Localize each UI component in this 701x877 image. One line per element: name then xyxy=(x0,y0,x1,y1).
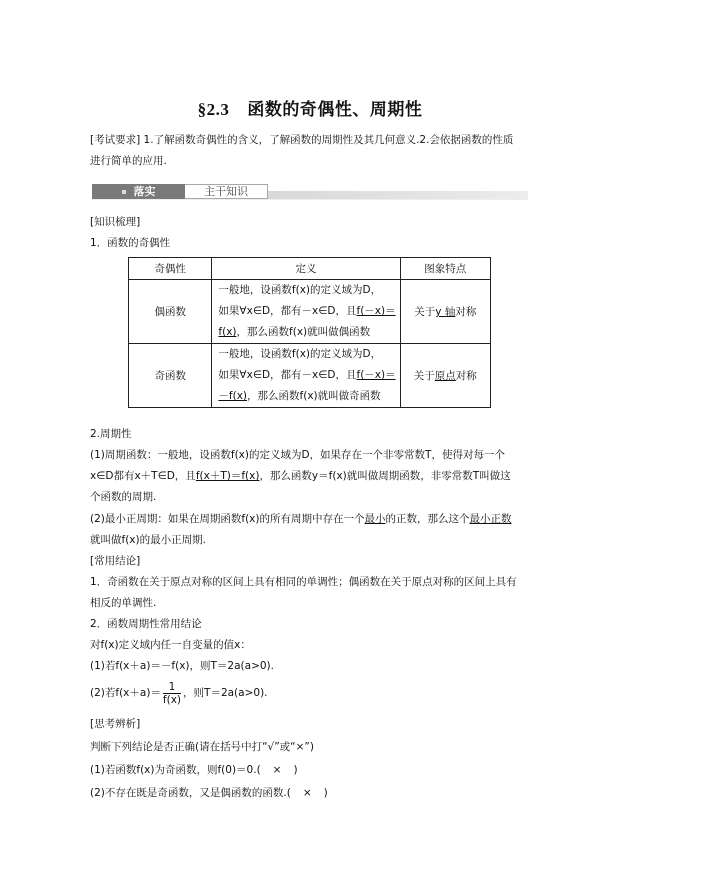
definition-line: 如果∀x∈D，都有－x∈D，且f(－x)＝ xyxy=(218,301,395,322)
bracket: ) xyxy=(324,787,328,799)
thinking-instruction: 判断下列结论是否正确(请在括号中打“√”或“×”) xyxy=(90,737,530,758)
banner-light-tab: 主干知识 xyxy=(185,184,268,199)
knowledge-label: [知识梳理] xyxy=(90,212,530,233)
section-2-heading: 2.周期性 xyxy=(90,424,530,445)
table-header: 图象特点 xyxy=(400,258,490,280)
conclusion-2-item-1: (1)若f(x＋a)＝－f(x)，则T＝2a(a>0). xyxy=(90,656,530,677)
definition-line: 如果∀x∈D，都有－x∈D，且f(－x)＝ xyxy=(218,365,395,386)
periodic-text: ，那么函数y＝f(x)就叫做周期函数，非零常数T叫做这 xyxy=(259,470,510,482)
definition-line: 一般地，设函数f(x)的定义域为D， xyxy=(218,344,395,365)
underlined-answer: f(x) xyxy=(218,326,236,338)
answer-mark: × xyxy=(303,787,312,799)
conclusions-label: [常用结论] xyxy=(90,551,530,572)
underlined-answer: －f(x) xyxy=(218,390,247,402)
section-number: §2.3 xyxy=(198,100,230,119)
question-text: (2)不存在既是奇函数，又是偶函数的函数.( xyxy=(90,787,291,799)
definition-line: －f(x)，那么函数f(x)就叫做奇函数 xyxy=(218,386,395,407)
conclusion-1-line-1: 1．奇函数在关于原点对称的区间上具有相同的单调性；偶函数在关于原点对称的区间上具… xyxy=(90,572,530,593)
underlined-answer: 最小正数 xyxy=(469,513,511,525)
conclusion-2-heading: 2．函数周期性常用结论 xyxy=(90,614,530,635)
min-period-line-2: 就叫做f(x)的最小正周期. xyxy=(90,530,530,551)
fraction-denominator: f(x) xyxy=(163,694,181,706)
definition-text: ，那么函数f(x)就叫做偶函数 xyxy=(237,326,371,338)
section-title: 函数的奇偶性、周期性 xyxy=(247,100,422,119)
underlined-answer: 原点 xyxy=(435,370,456,382)
banner-baseline xyxy=(92,199,528,200)
thinking-item: (1)若函数f(x)为奇函数，则f(0)＝0.(×) xyxy=(90,760,530,781)
periodic-line-2: x∈D都有x＋T∈D，且f(x＋T)＝f(x)，那么函数y＝f(x)就叫做周期函… xyxy=(90,466,530,487)
definition-line: 一般地，设函数f(x)的定义域为D， xyxy=(218,280,395,301)
parity-table: 奇偶性 定义 图象特点 偶函数 一般地，设函数f(x)的定义域为D， 如果∀x∈… xyxy=(128,257,491,408)
exam-requirements-label: [考试要求] xyxy=(90,134,140,146)
fraction-numerator: 1 xyxy=(163,681,181,694)
periodic-line-3: 个函数的周期. xyxy=(90,487,530,508)
table-row: 奇函数 一般地，设函数f(x)的定义域为D， 如果∀x∈D，都有－x∈D，且f(… xyxy=(129,344,491,408)
min-period-text: 的正数，那么这个 xyxy=(385,513,469,525)
section-banner: 落实 主干知识 xyxy=(92,184,528,200)
row-feature: 关于原点对称 xyxy=(400,344,490,408)
page-title: §2.3函数的奇偶性、周期性 xyxy=(0,95,620,120)
banner-dark-label: 落实 xyxy=(134,185,156,198)
square-bullet-icon xyxy=(122,190,126,194)
row-definition: 一般地，设函数f(x)的定义域为D， 如果∀x∈D，都有－x∈D，且f(－x)＝… xyxy=(212,344,400,408)
exam-requirements: [考试要求] 1.了解函数奇偶性的含义，了解函数的周期性及其几何意义.2.会依据… xyxy=(90,130,530,151)
answer-mark: × xyxy=(273,764,282,776)
exam-requirements-text: 1.了解函数奇偶性的含义，了解函数的周期性及其几何意义.2.会依据函数的性质 xyxy=(144,134,514,146)
feature-text: 关于 xyxy=(414,370,435,382)
table-header-row: 奇偶性 定义 图象特点 xyxy=(129,258,491,280)
question-text: (1)若函数f(x)为奇函数，则f(0)＝0.( xyxy=(90,764,261,776)
underlined-answer: 最小 xyxy=(364,513,385,525)
periodic-text: x∈D都有x＋T∈D，且 xyxy=(90,470,196,482)
min-period-line-1: (2)最小正周期：如果在周期函数f(x)的所有周期中存在一个最小的正数，那么这个… xyxy=(90,509,530,530)
exam-requirements-line2: 进行简单的应用. xyxy=(90,151,530,172)
feature-text: 对称 xyxy=(456,370,477,382)
feature-text: 关于 xyxy=(414,306,435,318)
thinking-label: [思考辨析] xyxy=(90,714,530,735)
definition-text: 如果∀x∈D，都有－x∈D，且 xyxy=(218,369,356,381)
bracket: ) xyxy=(293,764,297,776)
formula-text: (2)若f(x＋a)＝ xyxy=(90,687,161,699)
table-header: 奇偶性 xyxy=(129,258,212,280)
table-row: 偶函数 一般地，设函数f(x)的定义域为D， 如果∀x∈D，都有－x∈D，且f(… xyxy=(129,280,491,344)
banner-bar xyxy=(268,191,528,199)
conclusion-2-intro: 对f(x)定义域内任一自变量的值x： xyxy=(90,635,530,656)
definition-text: ，那么函数f(x)就叫做奇函数 xyxy=(247,390,381,402)
formula-text: ，则T＝2a(a>0). xyxy=(183,687,267,699)
row-feature: 关于y 轴对称 xyxy=(400,280,490,344)
row-name: 偶函数 xyxy=(129,280,212,344)
conclusion-1-line-2: 相反的单调性. xyxy=(90,593,530,614)
feature-text: 对称 xyxy=(455,306,476,318)
min-period-text: (2)最小正周期：如果在周期函数f(x)的所有周期中存在一个 xyxy=(90,513,364,525)
banner-dark-tab: 落实 xyxy=(92,184,185,199)
underlined-answer: f(x＋T)＝f(x) xyxy=(196,470,260,482)
table-header: 定义 xyxy=(212,258,400,280)
row-definition: 一般地，设函数f(x)的定义域为D， 如果∀x∈D，都有－x∈D，且f(－x)＝… xyxy=(212,280,400,344)
underlined-answer: f(－x)＝ xyxy=(357,305,396,317)
fraction: 1f(x) xyxy=(163,681,181,706)
periodic-line-1: (1)周期函数：一般地，设函数f(x)的定义域为D，如果存在一个非零常数T，使得… xyxy=(90,445,530,466)
row-name: 奇函数 xyxy=(129,344,212,408)
underlined-answer: y 轴 xyxy=(435,306,455,318)
section-1-heading: 1．函数的奇偶性 xyxy=(90,233,530,254)
definition-line: f(x)，那么函数f(x)就叫做偶函数 xyxy=(218,322,395,343)
definition-text: 如果∀x∈D，都有－x∈D，且 xyxy=(218,305,356,317)
underlined-answer: f(－x)＝ xyxy=(357,369,396,381)
conclusion-2-item-2: (2)若f(x＋a)＝1f(x)，则T＝2a(a>0). xyxy=(90,680,530,706)
thinking-item: (2)不存在既是奇函数，又是偶函数的函数.(×) xyxy=(90,783,530,804)
